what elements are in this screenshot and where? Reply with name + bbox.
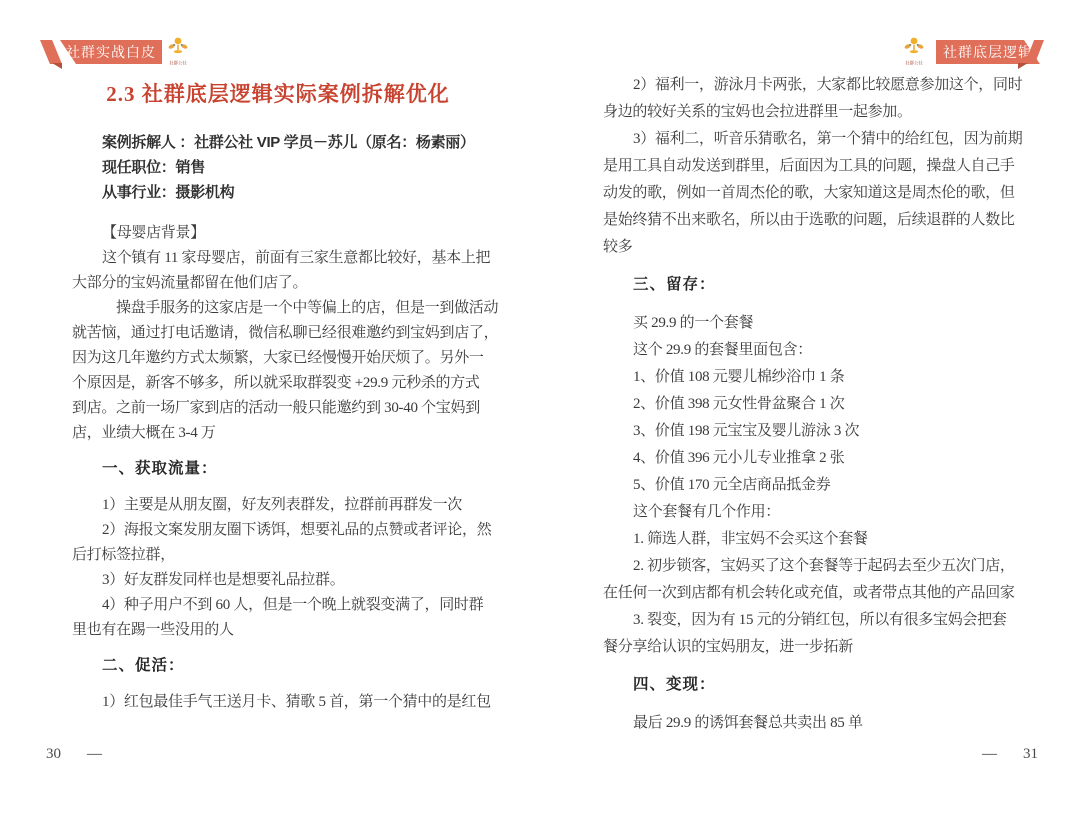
brand-logo-left: 社群公社 [158,36,198,69]
meta-line: 现任职位：销售 [72,155,484,180]
meta-line: 从事行业：摄影机构 [72,180,484,205]
section-heading: 三、留存： [603,271,1013,298]
text-line: 3、价值 198 元宝宝及婴儿游泳 3 次 [603,418,1013,445]
text-line: 5、价值 170 元全店商品抵金券 [603,472,1013,499]
text-line: 个原因是，新客不够多，所以就采取群裂变 +29.9 元秒杀的方式 [72,371,484,396]
text-line: 2）海报文案发朋友圈下诱饵，想要礼品的点赞或者评论，然 [72,518,484,543]
right-header-badge: 社群底层逻辑 [936,40,1040,64]
text-line: 就苦恼，通过打电话邀请，微信私聊已经很难邀约到宝妈到店了， [72,321,484,346]
brand-logo-right: 社群公社 [894,36,934,69]
section-heading: 一、获取流量： [72,456,484,481]
text-line: 是始终猜不出来歌名，所以由于选歌的问题，后续退群的人数比 [603,207,1013,234]
footer-dash: — [982,746,997,763]
text-line: 这个套餐有几个作用： [603,499,1013,526]
text-line: 餐分享给认识的宝妈朋友，进一步拓新 [603,634,1013,661]
text-line: 大部分的宝妈流量都留在他们店了。 [72,271,484,296]
text-line: 3）好友群发同样也是想要礼品拉群。 [72,568,484,593]
footer-dash: — [87,746,102,763]
text-line: 1）红包最佳手气王送月卡、猜歌 5 首，第一个猜中的是红包 [72,690,484,715]
text-line: 到店。之前一场厂家到店的活动一般只能邀约到 30-40 个宝妈到 [72,396,484,421]
text-line: 后打标签拉群， [72,543,484,568]
left-header-badge: 社群实战白皮书 [60,40,162,64]
page-number: 31 [1023,746,1038,762]
ribbon-wedge-left [40,40,62,64]
text-line: 3. 裂变，因为有 15 元的分销红包，所以有很多宝妈会把套 [603,607,1013,634]
text-line: 4、价值 396 元小儿专业推拿 2 张 [603,445,1013,472]
text-line: 3）福利二，听音乐猜歌名，第一个猜中的给红包，因为前期 [603,126,1013,153]
text-line: 2）福利一，游泳月卡两张，大家都比较愿意参加这个，同时 [603,72,1013,99]
text-line: 里也有在踢一些没用的人 [72,618,484,643]
text-line: 动发的歌，例如一首周杰伦的歌，大家知道这是周杰伦的歌，但 [603,180,1013,207]
text-line: 最后 29.9 的诱饵套餐总共卖出 85 单 [603,710,1013,737]
brand-logo-caption: 社群公社 [903,61,925,65]
text-line: 2. 初步锁客，宝妈买了这个套餐等于起码去至少五次门店， [603,553,1013,580]
text-line: 4）种子用户不到 60 人，但是一个晚上就裂变满了，同时群 [72,593,484,618]
text-line: 【母婴店背景】 [72,221,484,246]
page-right: 2）福利一，游泳月卡两张，大家都比较愿意参加这个，同时 身边的较好关系的宝妈也会… [603,72,1013,737]
brand-flower-icon [902,36,926,56]
text-line: 买 29.9 的一个套餐 [603,310,1013,337]
brand-logo-caption: 社群公社 [167,61,189,65]
text-line: 2、价值 398 元女性骨盆聚合 1 次 [603,391,1013,418]
page-left: 2.3 社群底层逻辑实际案例拆解优化 案例拆解人 ：社群公社 VIP 学员－苏儿… [72,80,484,715]
page-title: 2.3 社群底层逻辑实际案例拆解优化 [72,80,484,108]
page-number-left: 30— [46,746,102,763]
section-heading: 二、促活： [72,653,484,678]
text-line: 1）主要是从朋友圈，好友列表群发，拉群前再群发一次 [72,493,484,518]
page-number-right: —31 [982,746,1038,763]
document-spread: 社群实战白皮书 社群公社 社群公社 社群底层逻辑 2.3 社群底层逻辑实际案例 [0,0,1080,816]
meta-line: 案例拆解人 ：社群公社 VIP 学员－苏儿（原名：杨素丽） [72,130,484,155]
text-line: 因为这几年邀约方式太频繁，大家已经慢慢开始厌烦了。另外一 [72,346,484,371]
text-line: 较多 [603,234,1013,261]
text-line: 是用工具自动发送到群里，后面因为工具的问题，操盘人自己手 [603,153,1013,180]
text-line: 1、价值 108 元婴儿棉纱浴巾 1 条 [603,364,1013,391]
text-line: 1. 筛选人群，非宝妈不会买这个套餐 [603,526,1013,553]
text-line: 这个镇有 11 家母婴店，前面有三家生意都比较好，基本上把 [72,246,484,271]
case-meta-block: 案例拆解人 ：社群公社 VIP 学员－苏儿（原名：杨素丽） 现任职位：销售 从事… [72,130,484,205]
page-number: 30 [46,746,61,762]
brand-flower-icon [166,36,190,56]
section-heading: 四、变现： [603,671,1013,698]
text-line: 操盘手服务的这家店是一个中等偏上的店，但是一到做活动 [72,296,484,321]
text-line: 这个 29.9 的套餐里面包含： [603,337,1013,364]
text-line: 店，业绩大概在 3-4 万 [72,421,484,446]
text-line: 在任何一次到店都有机会转化或充值，或者带点其他的产品回家 [603,580,1013,607]
text-line: 身边的较好关系的宝妈也会拉进群里一起参加。 [603,99,1013,126]
